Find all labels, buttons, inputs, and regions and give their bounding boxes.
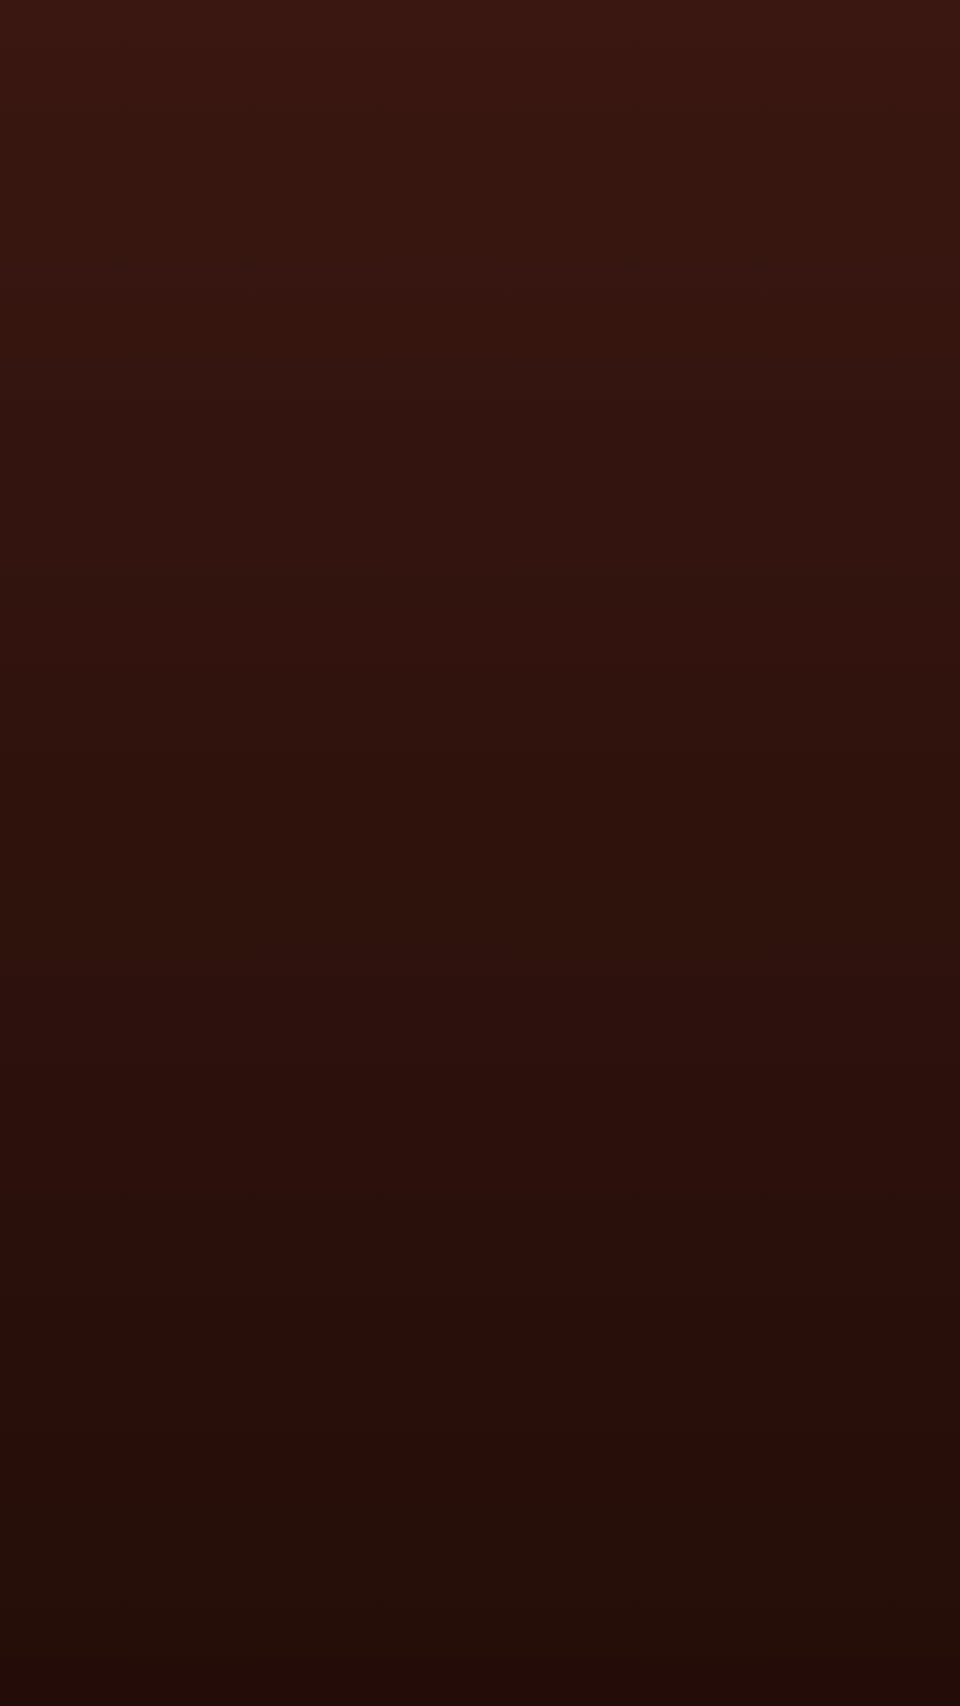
text-line: คือวิญญาณ เรามิสามารถจะเห็นวิญญาณได้ เพร… [24, 848, 951, 923]
text-line: กระผมได้มีโอกาสมายืนอยู่ ณ ที่นี้ พระคุณ… [24, 369, 951, 446]
text-line: in Education Movement [24, 647, 950, 716]
text-line: ก่อนอื่นต้องขอขอบคุณอาจารย์สุลักษณ์ ศิวร… [24, 301, 951, 379]
body-text: ก่อนอื่นต้องขอขอบคุณอาจารย์สุลักษณ์ ศิวร… [24, 312, 950, 1593]
text-line: กระผมคงเป็นตัว s ข้างล่าง ซึ่งความเต็มขอ… [24, 580, 950, 649]
text-line: พลังงาน ดังที่กระผมจะกราบเรียนให้พระคุณเ… [24, 915, 951, 992]
text-line: ชื่อกระผมและท่านอาจารย์สุลักษณ์ อาจารย์ส… [24, 510, 950, 580]
text-line: ซึ่งเป็นกัลยาณมิตรทั้งหลายได้ทราบว่าวิญญ… [24, 982, 951, 1060]
text-line: ยืนยันว่ามนุษย์นั้นมีวิญญาณอยู่ด้วย ซึ่ง… [24, 781, 950, 854]
page-title: คำกล่าวอวยพรของศาสตราจารย์นายแพทย์เสม พร… [29, 139, 950, 217]
text-line: คนไทยเชื่อเรื่องวิญญาณ เชื่อเพราะเหตุว่า… [24, 714, 950, 786]
book-page-photo: คำกล่าวอวยพรของศาสตราจารย์นายแพทย์เสม พร… [0, 0, 960, 1706]
text-line: วันลืมในชีวิตเลย เสมสิกขาลัย ตามชื่อภาษา… [24, 441, 950, 513]
